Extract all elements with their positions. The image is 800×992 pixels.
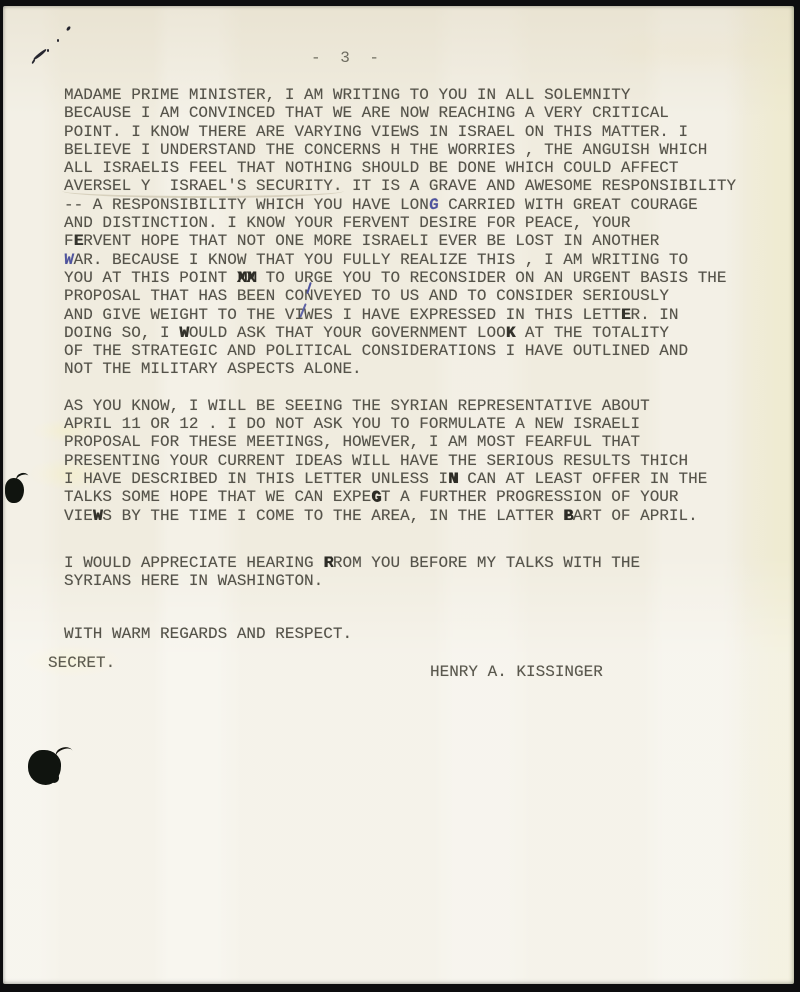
text-segment: C bbox=[371, 488, 381, 506]
paragraph: WITH WARM REGARDS AND RESPECT. bbox=[64, 625, 774, 643]
letter-line: AVERSEL Y ISRAEL'S SECURITY. IT IS A GRA… bbox=[64, 177, 774, 195]
text-segment: F bbox=[64, 232, 74, 250]
text-segment: E bbox=[621, 306, 631, 324]
text-segment: CAN AT LEAST OFFER IN THE bbox=[458, 470, 708, 488]
text-segment: BELIEVE I UNDERSTAND THE CONCERNS H THE … bbox=[64, 141, 707, 159]
letter-line: I WOULD APPRECIATE HEARING FROM YOU BEFO… bbox=[64, 554, 774, 572]
text-segment: I WOULD APPRECIATE HEARING bbox=[64, 554, 323, 572]
text-segment: VEYED TO US AND TO CONSIDER SERIOUSLY bbox=[314, 287, 669, 305]
letter-line: AND DISTINCTION. I KNOW YOUR FERVENT DES… bbox=[64, 214, 774, 232]
letter-line: I HAVE DESCRIBED IN THIS LETTER UNLESS I… bbox=[64, 470, 774, 488]
text-segment: AND DISTINCTION. I KNOW YOUR FERVENT DES… bbox=[64, 214, 631, 232]
text-segment: AT THE TOTALITY bbox=[515, 324, 669, 342]
text-segment: R. IN bbox=[631, 306, 679, 324]
letter-line: ALL ISRAELIS FEEL THAT NOTHING SHOULD BE… bbox=[64, 159, 774, 177]
text-segment: OULD ASK THAT YOUR GOVERNMENT LOO bbox=[189, 324, 506, 342]
scribble-dot bbox=[66, 26, 71, 32]
text-segment: PRESENTING YOUR CURRENT IDEAS WILL HAVE … bbox=[64, 452, 688, 470]
text-segment: PROPOSAL THAT HAS BEEN CO bbox=[64, 287, 304, 305]
text-segment: P bbox=[563, 507, 573, 525]
scribble-dot bbox=[57, 39, 59, 42]
text-segment: ALL ISRAELIS FEEL THAT NOTHING SHOULD BE… bbox=[64, 159, 679, 177]
text-segment: W bbox=[179, 324, 189, 342]
letter-line: PROPOSAL FOR THESE MEETINGS, HOWEVER, I … bbox=[64, 433, 774, 451]
text-segment: TO URGE YOU TO RECONSIDER ON AN URGENT B… bbox=[256, 269, 726, 287]
letter-line: VIEWS BY THE TIME I COME TO THE AREA, IN… bbox=[64, 507, 774, 525]
text-segment: ROM YOU BEFORE MY TALKS WITH THE bbox=[333, 554, 640, 572]
letter-line: TALKS SOME HOPE THAT WE CAN EXPECT A FUR… bbox=[64, 488, 774, 506]
letter-line: YOU AT THIS POINT XX TO URGE YOU TO RECO… bbox=[64, 269, 774, 287]
text-segment: BECAUSE I AM CONVINCED THAT WE ARE NOW R… bbox=[64, 104, 669, 122]
letter-line: WAR. BECAUSE I KNOW THAT YOU FULLY REALI… bbox=[64, 251, 774, 269]
paragraph: I WOULD APPRECIATE HEARING FROM YOU BEFO… bbox=[64, 554, 774, 591]
paragraph: MADAME PRIME MINISTER, I AM WRITING TO Y… bbox=[64, 86, 774, 379]
letter-line: FERVENT HOPE THAT NOT ONE MORE ISRAELI E… bbox=[64, 232, 774, 250]
text-segment: OF THE STRATEGIC AND POLITICAL CONSIDERA… bbox=[64, 342, 688, 360]
text-segment: AND GIVE WEIGHT TO THE V bbox=[64, 306, 294, 324]
text-segment: N bbox=[448, 470, 458, 488]
scanned-letter-screenshot: { "page": { "number_label": "- 3 -", "cl… bbox=[0, 0, 800, 992]
scribble-stroke bbox=[33, 48, 47, 60]
text-segment: I HAVE DESCRIBED IN THIS LETTER UNLESS I bbox=[64, 470, 448, 488]
text-segment: F bbox=[323, 554, 333, 572]
ink-blot-large bbox=[28, 750, 61, 785]
text-segment: ES I HAVE EXPRESSED IN THIS LETT bbox=[314, 306, 621, 324]
text-segment: IT IS A GRAVE AND AWESOME RESPONSIBILITY bbox=[342, 177, 736, 195]
letter-line: -- A RESPONSIBILITY WHICH YOU HAVE LONG … bbox=[64, 196, 774, 214]
classification-marking: SECRET. bbox=[48, 654, 115, 672]
letter-line: APRIL 11 OR 12 . I DO NOT ASK YOU TO FOR… bbox=[64, 415, 774, 433]
letter-line: POINT. I KNOW THERE ARE VARYING VIEWS IN… bbox=[64, 123, 774, 141]
text-segment: TALKS SOME HOPE THAT WE CAN EXPE bbox=[64, 488, 371, 506]
text-segment: DOING SO, I bbox=[64, 324, 179, 342]
text-segment: E bbox=[74, 232, 84, 250]
paragraph: AS YOU KNOW, I WILL BE SEEING THE SYRIAN… bbox=[64, 397, 774, 525]
text-segment: WITH WARM REGARDS AND RESPECT. bbox=[64, 625, 352, 643]
letter-line: PRESENTING YOUR CURRENT IDEAS WILL HAVE … bbox=[64, 452, 774, 470]
text-segment: VIE bbox=[64, 507, 93, 525]
letter-line: PROPOSAL THAT HAS BEEN CONVEYED TO US AN… bbox=[64, 287, 774, 305]
scribble-dot bbox=[47, 49, 49, 52]
document-page: - 3 - MADAME PRIME MINISTER, I AM WRITIN… bbox=[3, 6, 794, 984]
text-segment: AS YOU KNOW, I WILL BE SEEING THE SYRIAN… bbox=[64, 397, 650, 415]
letter-line: SYRIANS HERE IN WASHINGTON. bbox=[64, 572, 774, 590]
text-segment: RVENT HOPE THAT NOT ONE MORE ISRAELI EVE… bbox=[83, 232, 659, 250]
text-segment: K bbox=[506, 324, 516, 342]
letter-line: BECAUSE I AM CONVINCED THAT WE ARE NOW R… bbox=[64, 104, 774, 122]
text-segment: W bbox=[63, 251, 75, 269]
text-segment: APRIL 11 OR 12 . I DO NOT ASK YOU TO FOR… bbox=[64, 415, 640, 433]
letter-line: WITH WARM REGARDS AND RESPECT. bbox=[64, 625, 774, 643]
text-segment: ART OF APRIL. bbox=[573, 507, 698, 525]
text-segment: AVERSEL Y ISRAEL'S SECURITY. bbox=[64, 177, 342, 195]
letter-line: AS YOU KNOW, I WILL BE SEEING THE SYRIAN… bbox=[64, 397, 774, 415]
text-segment: -- A RESPONSIBILITY WHICH YOU HAVE LON bbox=[64, 196, 429, 214]
text-segment: PROPOSAL FOR THESE MEETINGS, HOWEVER, I … bbox=[64, 433, 640, 451]
letter-line: MADAME PRIME MINISTER, I AM WRITING TO Y… bbox=[64, 86, 774, 104]
text-segment: XX bbox=[237, 269, 256, 287]
letter-body: MADAME PRIME MINISTER, I AM WRITING TO Y… bbox=[64, 86, 774, 681]
text-segment: POINT. I KNOW THERE ARE VARYING VIEWS IN… bbox=[64, 123, 688, 141]
letter-line: OF THE STRATEGIC AND POLITICAL CONSIDERA… bbox=[64, 342, 774, 360]
text-segment: G bbox=[428, 196, 440, 214]
letter-line: NOT THE MILITARY ASPECTS ALONE. bbox=[64, 360, 774, 378]
page-number: - 3 - bbox=[311, 49, 384, 67]
text-segment: NOT THE MILITARY ASPECTS ALONE. bbox=[64, 360, 362, 378]
text-segment: CARRIED WITH GREAT COURAGE bbox=[438, 196, 697, 214]
text-segment: T A FURTHER PROGRESSION OF YOUR bbox=[381, 488, 679, 506]
letter-line: BELIEVE I UNDERSTAND THE CONCERNS H THE … bbox=[64, 141, 774, 159]
text-segment: AR. BECAUSE I KNOW THAT YOU FULLY REALIZ… bbox=[74, 251, 689, 269]
text-segment: MADAME PRIME MINISTER, I AM WRITING TO Y… bbox=[64, 86, 631, 104]
letter-paragraphs: MADAME PRIME MINISTER, I AM WRITING TO Y… bbox=[64, 86, 774, 644]
text-segment: W bbox=[93, 507, 103, 525]
ink-blot-small bbox=[5, 478, 24, 503]
text-segment: S BY THE TIME I COME TO THE AREA, IN THE… bbox=[102, 507, 563, 525]
letter-line: DOING SO, I WOULD ASK THAT YOUR GOVERNME… bbox=[64, 324, 774, 342]
text-segment: SYRIANS HERE IN WASHINGTON. bbox=[64, 572, 323, 590]
text-segment: IW bbox=[294, 306, 313, 324]
text-segment: YOU AT THIS POINT bbox=[64, 269, 237, 287]
letter-line: AND GIVE WEIGHT TO THE VIWES I HAVE EXPR… bbox=[64, 306, 774, 324]
signature: HENRY A. KISSINGER bbox=[64, 663, 774, 681]
